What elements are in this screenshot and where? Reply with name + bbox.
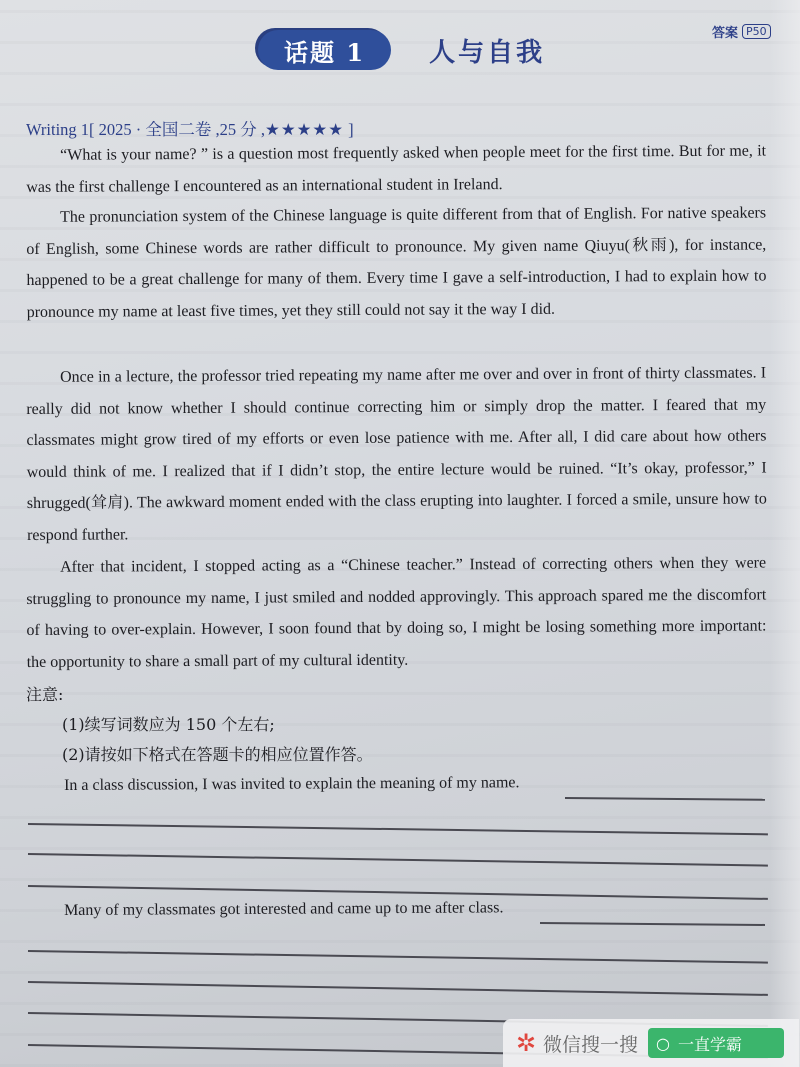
note-item: (2)请按如下格式在答题卡的相应位置作答。: [62, 742, 373, 765]
search-keyword: 一直学霸: [678, 1032, 742, 1055]
writing-label: Writing 1: [26, 120, 89, 139]
paragraph-2: The pronunciation system of the Chinese …: [26, 197, 767, 328]
note-item: (1)续写词数应为 150 个左右;: [62, 712, 275, 735]
paragraph-4: After that incident, I stopped acting as…: [26, 547, 767, 678]
wechat-search-logo-icon: ✲: [511, 1029, 541, 1057]
wechat-search-watermark[interactable]: ✲ 微信搜一搜 ○ 一直学霸: [503, 1019, 799, 1067]
topic-header: 话题 1 人与自我: [258, 30, 545, 70]
search-icon: ○: [656, 1034, 670, 1053]
answer-reference: 答案 P50: [712, 22, 771, 41]
topic-badge: 话题 1: [258, 30, 391, 70]
answer-page-badge: P50: [742, 24, 771, 39]
answer-line: [28, 853, 768, 866]
continuation-prompt-1: In a class discussion, I was invited to …: [64, 774, 520, 795]
source-close: ]: [344, 120, 354, 139]
answer-line: [565, 797, 765, 800]
page-edge-shade: [770, 0, 800, 1067]
answer-line: [28, 981, 768, 995]
question-source: Writing 1[ 2025 · 全国二卷 ,25 分 ,★★★★★ ]: [26, 116, 354, 140]
paragraph-3: Once in a lecture, the professor tried r…: [26, 357, 767, 551]
source-detail: [ 2025 · 全国二卷 ,25 分 ,: [89, 120, 265, 139]
paragraph-1: “What is your name? ” is a question most…: [26, 135, 766, 203]
answer-line: [28, 885, 768, 899]
search-keyword-button[interactable]: ○ 一直学霸: [648, 1028, 784, 1058]
topic-title: 人与自我: [429, 32, 545, 69]
difficulty-stars-icon: ★★★★★: [265, 120, 344, 139]
answer-label: 答案: [712, 22, 738, 41]
answer-line: [28, 950, 768, 963]
notes-heading: 注意:: [26, 682, 63, 705]
answer-line: [28, 823, 768, 835]
answer-line: [540, 922, 765, 925]
wechat-search-text: 微信搜一搜: [543, 1030, 638, 1057]
continuation-prompt-2: Many of my classmates got interested and…: [64, 899, 504, 920]
